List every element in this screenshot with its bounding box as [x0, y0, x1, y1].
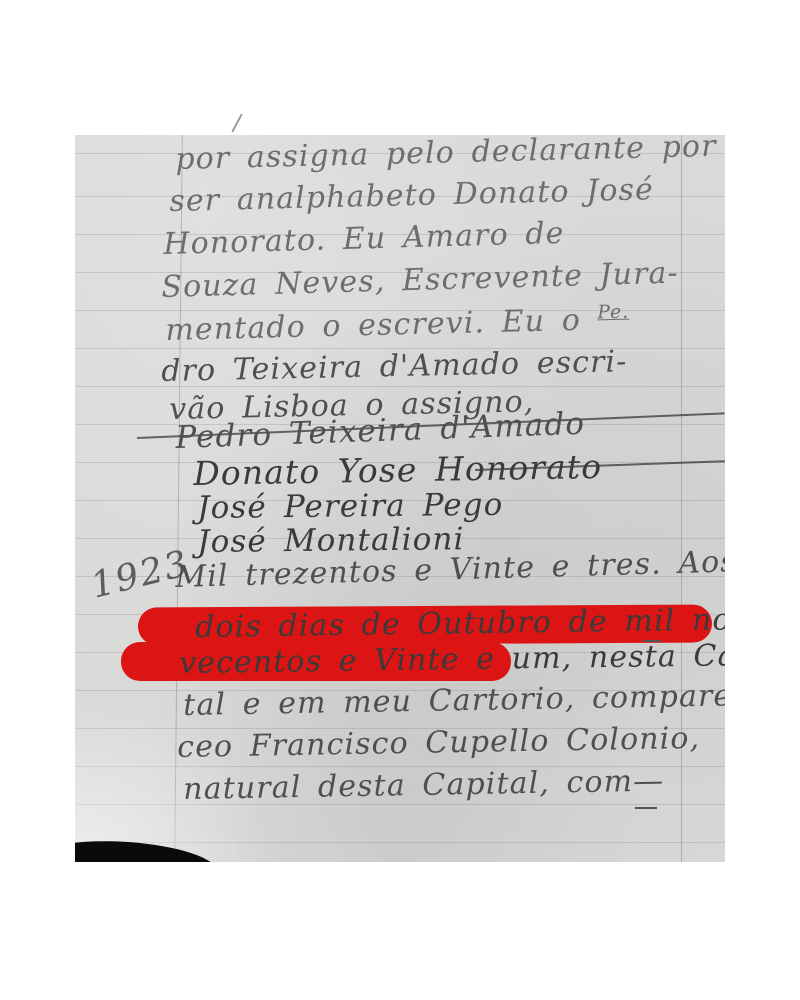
- highlighted-handwriting-line: dois dias de Outubro de mil no-: [195, 605, 725, 643]
- handwriting-line: ceo Francisco Cupello Colonio,: [177, 724, 700, 763]
- handwriting-line: natural desta Capital, com—: [183, 767, 664, 805]
- document-scan-photo: por assigna pelo declarante por ser anal…: [75, 135, 725, 862]
- handwriting-text: nesta Capi-: [589, 638, 725, 676]
- stray-pen-mark: [231, 114, 242, 133]
- signature-line: José Pereira Pego: [197, 490, 504, 524]
- signature-line: Donato Yose Honorato: [193, 450, 602, 490]
- screenshot-page: por assigna pelo declarante por ser anal…: [0, 0, 800, 1000]
- highlighted-handwriting-line: vecentos e Vinte e um, nesta Capi-: [179, 641, 725, 679]
- pen-dash-mark: [635, 807, 657, 809]
- superscript-abbreviation: Pe.: [597, 302, 629, 324]
- highlighted-text: vecentos e Vinte e um,: [179, 641, 573, 681]
